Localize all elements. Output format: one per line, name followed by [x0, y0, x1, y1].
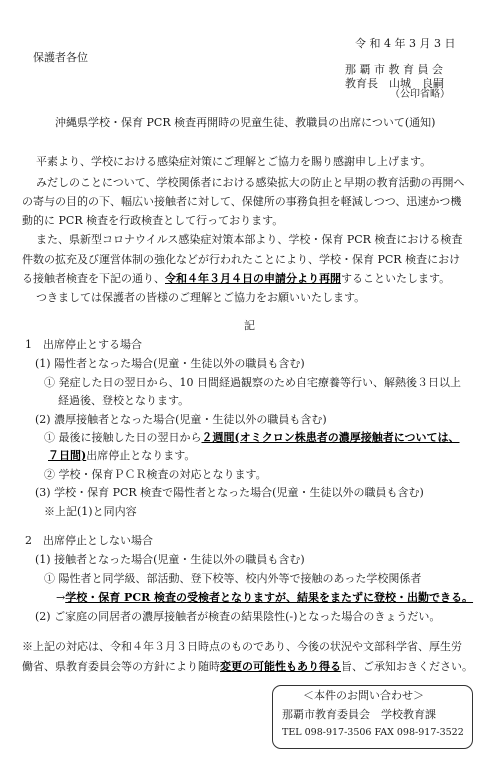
sender-name: 教育長 山城 良嗣	[345, 78, 444, 89]
attendance-allowed-emphasis: 学校・保育 PCR 検査の受検者となりますが、結果をまたずに登校・出勤できる。	[65, 591, 473, 604]
footnote-text: 旨、ご承知おきください。	[341, 660, 473, 673]
footnote-line: ※上記の対応は、令和４年３月３日時点のものであり、今後の状況や文部科学省、厚生労	[22, 641, 462, 652]
intro-line: の寄与の目的の下、幅広い接触者に対して、保健所の事務負担を軽減しつつ、迅速かつ機	[22, 196, 461, 207]
subsection-label: (1) 陽性者となった場合(児童・生徒以外の職員も含む)	[35, 358, 305, 369]
recipient: 保護者各位	[33, 52, 88, 63]
item-text: ① 最後に接触した日の翌日から	[44, 431, 202, 444]
list-item: ７日間)出席停止となります。	[48, 450, 195, 461]
intro-line: 件数の拡充及び運営体制の強化などが行われたことにより、学校・保育 PCR 検査に…	[22, 254, 460, 265]
document-title: 沖縄県学校・保育 PCR 検査再開時の児童生徒、教職員の出席について(通知)	[55, 117, 435, 128]
intro-line: みだしのことについて、学校関係者における感染拡大の防止と早期の教育活動の再開へ	[36, 177, 465, 188]
subsection-label: (2) ご家庭の同居者の濃厚接触者が検査の結果陰性(-)となった場合のきょうだい…	[35, 611, 440, 622]
list-item: ① 発症した日の翌日から、10 日間経過観察のため自宅療養等行い、解熱後３日以上	[44, 377, 461, 388]
seal-note: （公印省略）	[390, 90, 450, 100]
list-item: ① 最後に接触した日の翌日から２週間(オミクロン株患者の濃厚接触者については、	[44, 432, 459, 443]
omicron-period-emphasis: ７日間)	[48, 449, 86, 462]
note: ※上記(1)と同内容	[44, 506, 137, 517]
sender-org: 那 覇 市 教 育 員 会	[345, 64, 443, 75]
footnote-line: 働省、県教育委員会等の方針により随時変更の可能性もあり得る旨、ご承知おきください…	[22, 661, 473, 672]
ki-heading: 記	[244, 320, 255, 331]
section-heading: 2 出席停止としない場合	[25, 535, 153, 546]
list-item: ② 学校・保育ＰＣＲ検査の対応となります。	[44, 469, 267, 480]
intro-line: 動的に PCR 検査を行政検査として行っております。	[22, 215, 283, 226]
contact-title: ＜本件のお問い合わせ＞	[303, 690, 424, 701]
intro-line: つきましては保護者の皆様のご理解とご協力をお願いいたします。	[36, 292, 365, 303]
intro-line: 平素より、学校における感染症対策にご理解とご協力を賜り感謝申し上げます。	[36, 156, 431, 167]
list-item: ① 陽性者と同学級、部活動、登下校等、校内外等で接触のあった学校関係者	[44, 573, 421, 584]
contact-department: 那覇市教育委員会 学校教育課	[282, 709, 436, 720]
arrow-icon: →	[56, 591, 65, 604]
section-heading: 1 出席停止とする場合	[25, 339, 142, 350]
quarantine-period-emphasis: ２週間(オミクロン株患者の濃厚接触者については、	[202, 431, 460, 444]
intro-line-resume: る接触者検査を下記の通り、令和４年３月４日の申請分より再開することいたします。	[22, 273, 450, 284]
subsection-label: (2) 濃厚接触者となった場合(児童・生徒以外の職員も含む)	[35, 414, 327, 425]
resume-date-emphasis: 令和４年３月４日の申請分より再開	[165, 272, 341, 285]
intro-text: る接触者検査を下記の通り、	[22, 272, 165, 285]
intro-text: することいたします。	[341, 272, 450, 285]
intro-line: また、県新型コロナウイルス感染症対策本部より、学校・保育 PCR 検査における検…	[36, 234, 462, 245]
subsection-label: (1) 接触者となった場合(児童・生徒以外の職員も含む)	[35, 554, 305, 565]
contact-box: ＜本件のお問い合わせ＞ 那覇市教育委員会 学校教育課 TEL 098-917-3…	[272, 685, 473, 749]
list-item: 経過後、登校となります。	[58, 395, 189, 406]
change-possibility-emphasis: 変更の可能性もあり得る	[220, 660, 341, 673]
date: 令 和 4 年 3 月 3 日	[355, 38, 455, 49]
contact-phone-fax: TEL 098-917-3506 FAX 098-917-3522	[282, 728, 464, 738]
item-text: 出席停止となります。	[86, 449, 195, 462]
subsection-label: (3) 学校・保育 PCR 検査で陽性者となった場合(児童・生徒以外の職員も含む…	[35, 487, 424, 498]
list-item: →学校・保育 PCR 検査の受検者となりますが、結果をまたずに登校・出勤できる。	[56, 592, 473, 603]
footnote-text: 働省、県教育委員会等の方針により随時	[22, 660, 220, 673]
